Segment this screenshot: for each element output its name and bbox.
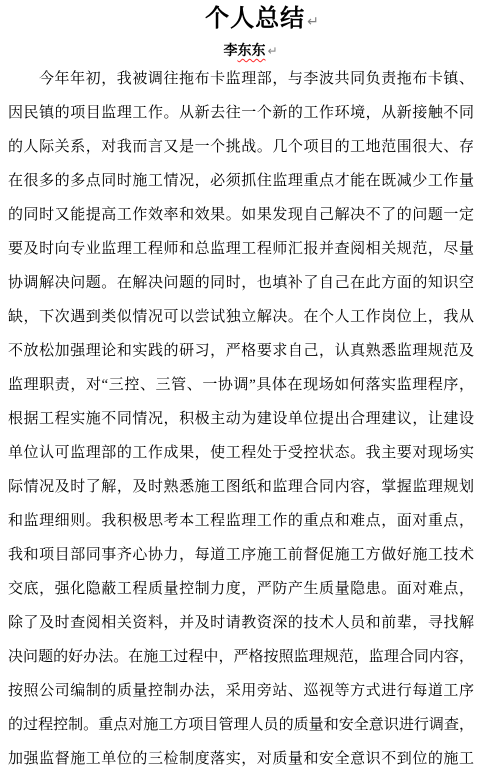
- document-page[interactable]: 个人总结↵ 李东东↵ 今年年初，我被调往拖布卡监理部，与李波共同负责拖布卡镇、因…: [0, 4, 481, 770]
- text-line: 要及时向专业监理工程师和总监理工程师汇报并查阅相关规范，尽量: [8, 232, 474, 266]
- text-line: 不放松加强理论和实践的研习，严格要求自己，认真熟悉监理规范及: [8, 334, 474, 368]
- paragraph-mark-icon: ↵: [267, 44, 277, 58]
- text-line: 按照公司编制的质量控制办法，采用旁站、巡视等方式进行每道工序: [8, 674, 474, 708]
- text-line: 我和项目部同事齐心协力，每道工序施工前督促施工方做好施工技术: [8, 538, 474, 572]
- text-line: 际情况及时了解，及时熟悉施工图纸和监理合同内容，掌握监理规划: [8, 470, 474, 504]
- text-line: 和监理细则。我积极思考本工程监理工作的重点和难点，面对重点，: [8, 504, 474, 538]
- text-line: 监理职责，对“三控、三管、一协调”具体在现场如何落实监理程序，: [8, 368, 474, 402]
- text-line: 在很多的多点同时施工情况，必须抓住监理重点才能在既减少工作量: [8, 164, 474, 198]
- text-line: 缺，下次遇到类似情况可以尝试独立解决。在个人工作岗位上，我从: [8, 300, 474, 334]
- text-line: 的同时又能提高工作效率和效果。如果发现自己解决不了的问题一定: [8, 198, 474, 232]
- text-line: 今年年初，我被调往拖布卡监理部，与李波共同负责拖布卡镇、: [8, 62, 474, 96]
- author-line: 李东东↵: [10, 41, 481, 62]
- author-name: 李: [223, 44, 237, 59]
- text-line: 加强监督施工单位的三检制度落实，对质量和安全意识不到位的施工: [8, 742, 474, 770]
- document-title-text: 个人总结: [205, 6, 305, 32]
- text-line: 的过程控制。重点对施工方项目管理人员的质量和安全意识进行调查，: [8, 708, 474, 742]
- paragraph-mark-icon: ↵: [307, 14, 320, 30]
- text-line: 决问题的好办法。在施工过程中，严格按照监理规范，监理合同内容，: [8, 640, 474, 674]
- text-line: 因民镇的项目监理工作。从新去往一个新的工作环境，从新接触不同: [8, 96, 474, 130]
- text-line: 协调解决问题。在解决问题的同时，也填补了自己在此方面的知识空: [8, 266, 474, 300]
- text-line: 除了及时查阅相关资料，并及时请教资深的技术人员和前辈，寻找解: [8, 606, 474, 640]
- document-title: 个人总结↵: [22, 4, 481, 37]
- author-name-spellcheck-flagged: 东东: [237, 44, 265, 59]
- text-line: 交底，强化隐蔽工程质量控制力度，严防产生质量隐患。面对难点，: [8, 572, 474, 606]
- text-line: 的人际关系，对我而言又是一个挑战。几个项目的工地范围很大、存: [8, 130, 474, 164]
- body-paragraph[interactable]: 今年年初，我被调往拖布卡监理部，与李波共同负责拖布卡镇、因民镇的项目监理工作。从…: [0, 62, 474, 770]
- text-line: 单位认可监理部的工作成果，使工程处于受控状态。我主要对现场实: [8, 436, 474, 470]
- text-line: 根据工程实施不同情况，积极主动为建设单位提出合理建议，让建设: [8, 402, 474, 436]
